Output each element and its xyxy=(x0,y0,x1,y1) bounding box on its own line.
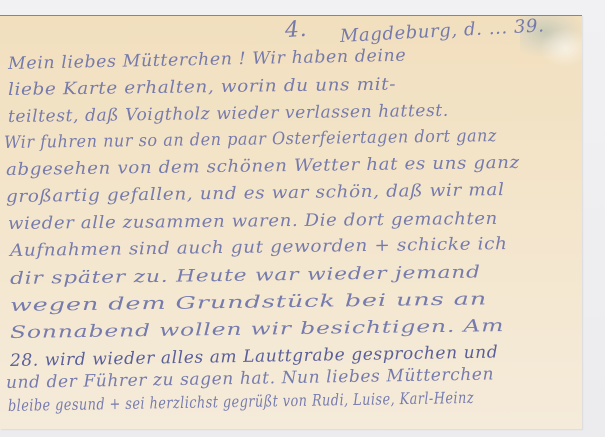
handwritten-line: Wir fuhren nur so an den paar Osterfeier… xyxy=(4,126,497,153)
scanned-page: 4. Magdeburg, d. ... 39. Mein liebes Müt… xyxy=(0,0,605,437)
handwritten-line: liebe Karte erhalten, worin du uns mit- xyxy=(8,75,396,100)
handwritten-line: Aufnahmen sind auch gut geworden + schic… xyxy=(10,234,508,261)
paper-crease xyxy=(540,28,582,68)
handwritten-line: Mein liebes Mütterchen ! Wir haben deine xyxy=(8,46,407,74)
handwritten-line: abgesehen von dem schönen Wetter hat es … xyxy=(6,153,520,180)
handwritten-line: Sonnabend wollen wir besichtigen. Am xyxy=(10,316,505,343)
handwritten-line: bleibe gesund + sei herzlichst gegrüßt v… xyxy=(8,388,474,415)
postcard: 4. Magdeburg, d. ... 39. Mein liebes Müt… xyxy=(0,15,582,429)
handwritten-line: großartig gefallen, und es war schön, da… xyxy=(6,180,505,207)
handwritten-line: wegen dem Grundstück bei uns an xyxy=(10,289,487,316)
handwritten-line: wieder alle zusammen waren. Die dort gem… xyxy=(8,209,498,234)
place-date: Magdeburg, d. ... 39. xyxy=(339,15,544,47)
handwritten-line: teiltest, daß Voigtholz wieder verlassen… xyxy=(8,101,449,127)
handwritten-line: dir später zu. Heute war wieder jemand xyxy=(10,262,481,289)
letter-number: 4. xyxy=(284,17,307,43)
